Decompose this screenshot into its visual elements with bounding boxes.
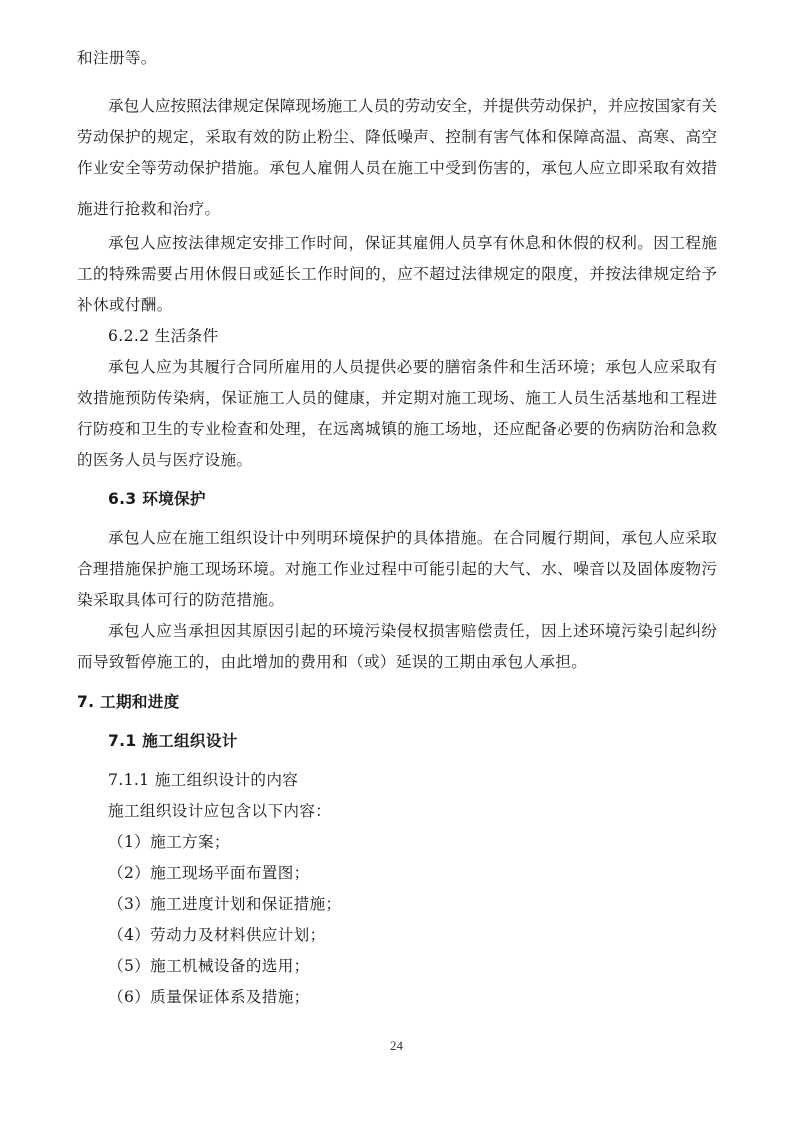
section-heading: 7.1 施工组织设计 <box>108 731 238 751</box>
text-line: 的医务人员与医疗设施。 <box>77 450 252 470</box>
text-line: 承包人应在施工组织设计中列明环境保护的具体措施。在合同履行期间，承包人应采取 <box>108 528 717 548</box>
text-line: 补休或付酬。 <box>77 295 173 315</box>
page-number: 24 <box>0 1038 793 1054</box>
text-line: （4）劳动力及材料供应计划； <box>108 925 326 945</box>
text-line: 施工组织设计应包含以下内容： <box>108 801 331 821</box>
text-line: 承包人应当承担因其原因引起的环境污染侵权损害赔偿责任，因上述环境污染引起纠纷 <box>108 621 717 641</box>
text-line: 劳动保护的规定，采取有效的防止粉尘、降低噪声、控制有害气体和保障高温、高寒、高空 <box>77 127 717 147</box>
text-line: （1）施工方案； <box>108 832 230 852</box>
text-line: 工的特殊需要占用休假日或延长工作时间的，应不超过法律规定的限度，并按法律规定给予 <box>77 264 717 284</box>
text-line: （6）质量保证体系及措施； <box>108 987 310 1007</box>
section-heading: 6.3 环境保护 <box>108 489 206 509</box>
text-line: 施进行抢救和治疗。 <box>77 199 221 219</box>
text-line: 染采取具体可行的防范措施。 <box>77 590 284 610</box>
text-line: 承包人应按法律规定安排工作时间，保证其雇佣人员享有休息和休假的权利。因工程施 <box>108 233 717 253</box>
text-line: 效措施预防传染病，保证施工人员的健康，并定期对施工现场、施工人员生活基地和工程进 <box>77 388 717 408</box>
text-line: （5）施工机械设备的选用； <box>108 956 310 976</box>
text-line: 承包人应为其履行合同所雇用的人员提供必要的膳宿条件和生活环境；承包人应采取有 <box>108 357 717 377</box>
text-line: 作业安全等劳动保护措施。承包人雇佣人员在施工中受到伤害的，承包人应立即采取有效措 <box>77 158 717 178</box>
text-line: （3）施工进度计划和保证措施； <box>108 894 341 914</box>
text-line: 而导致暂停施工的，由此增加的费用和（或）延误的工期由承包人承担。 <box>77 652 587 672</box>
text-line: （2）施工现场平面布置图； <box>108 863 310 883</box>
text-line: 承包人应按照法律规定保障现场施工人员的劳动安全，并提供劳动保护，并应按国家有关 <box>108 96 717 116</box>
section-heading: 7. 工期和进度 <box>77 692 180 712</box>
text-line: 7.1.1 施工组织设计的内容 <box>108 770 298 790</box>
text-line: 6.2.2 生活条件 <box>108 326 219 346</box>
text-line: 行防疫和卫生的专业检查和处理，在远离城镇的施工场地，还应配备必要的伤病防治和急救 <box>77 419 717 439</box>
text-line: 合理措施保护施工现场环境。对施工作业过程中可能引起的大气、水、噪音以及固体废物污 <box>77 559 717 579</box>
text-line: 和注册等。 <box>77 48 157 68</box>
document-page: 和注册等。承包人应按照法律规定保障现场施工人员的劳动安全，并提供劳动保护，并应按… <box>0 0 793 1122</box>
